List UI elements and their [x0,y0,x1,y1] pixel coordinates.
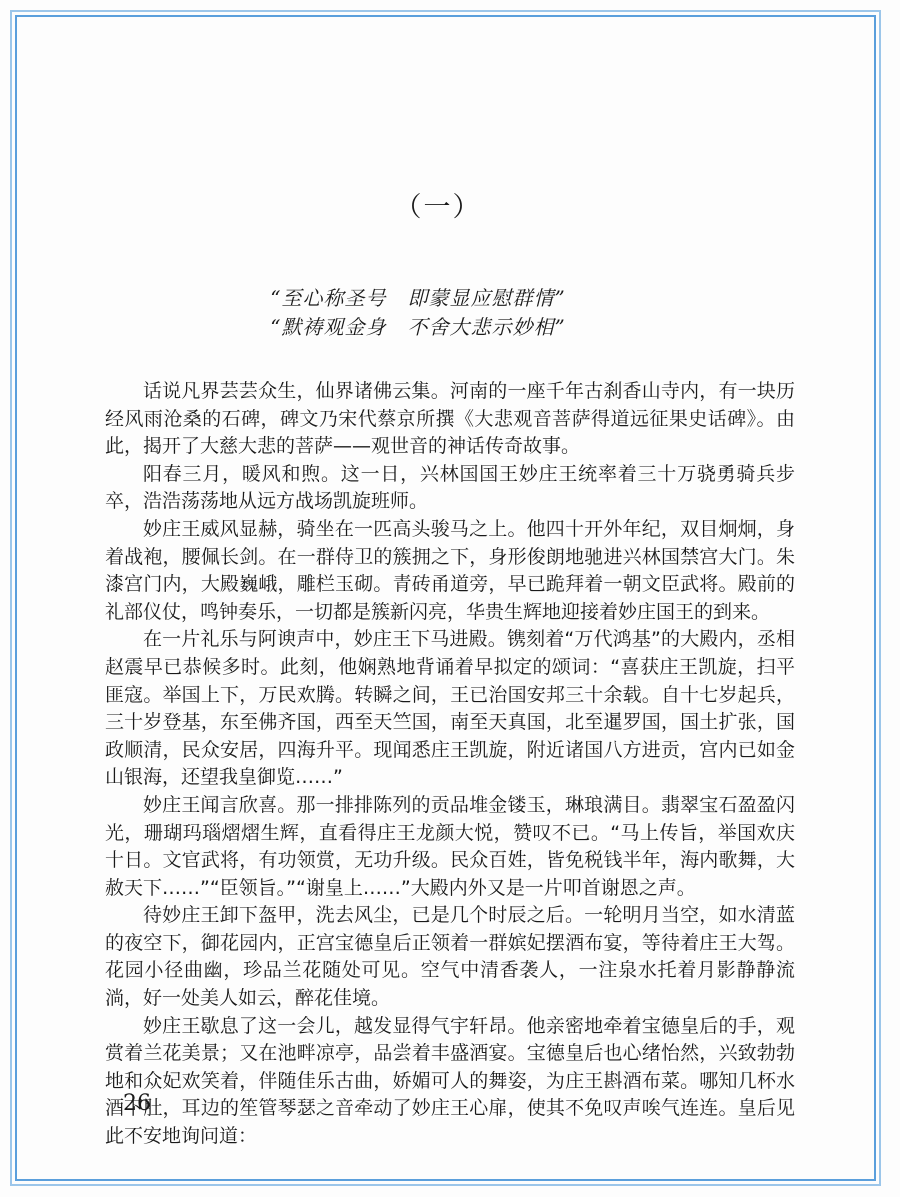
page-content: （一） “至心称圣号 即蒙显应慰群情” “默祷观金身 不舍大悲示妙相” 话说凡界… [105,190,795,1151]
page-number: 26 [123,1090,151,1118]
paragraph-2: 阳春三月，暖风和煦。这一日，兴林国国王妙庄王统率着三十万骁勇骑兵步卒，浩浩荡荡地… [105,461,795,516]
body-text: 话说凡界芸芸众生，仙界诸佛云集。河南的一座千年古刹香山寺内，有一块历经风雨沧桑的… [105,378,795,1151]
paragraph-3: 妙庄王威风显赫，骑坐在一匹高头骏马之上。他四十开外年纪，双目炯炯，身着战袍，腰佩… [105,516,795,626]
epigraph-couplet: “至心称圣号 即蒙显应慰群情” “默祷观金身 不舍大悲示妙相” [105,284,731,342]
epigraph-line-1: “至心称圣号 即蒙显应慰群情” [105,284,731,313]
paragraph-6: 待妙庄王卸下盔甲，洗去风尘，已是几个时辰之后。一轮明月当空，如水清蓝的夜空下，御… [105,902,795,1012]
paragraph-4: 在一片礼乐与阿谀声中，妙庄王下马进殿。镌刻着“万代鸿基”的大殿内，丞相赵震早已恭… [105,626,795,792]
book-page: （一） “至心称圣号 即蒙显应慰群情” “默祷观金身 不舍大悲示妙相” 话说凡界… [0,0,900,1197]
chapter-title: （一） [105,190,771,226]
paragraph-5: 妙庄王闻言欣喜。那一排排陈列的贡品堆金镂玉，琳琅满目。翡翠宝石盈盈闪光，珊瑚玛瑙… [105,792,795,902]
epigraph-line-2: “默祷观金身 不舍大悲示妙相” [105,313,731,342]
paragraph-1: 话说凡界芸芸众生，仙界诸佛云集。河南的一座千年古刹香山寺内，有一块历经风雨沧桑的… [105,378,795,461]
paragraph-7: 妙庄王歇息了这一会儿，越发显得气宇轩昂。他亲密地牵着宝德皇后的手，观赏着兰花美景… [105,1013,795,1151]
